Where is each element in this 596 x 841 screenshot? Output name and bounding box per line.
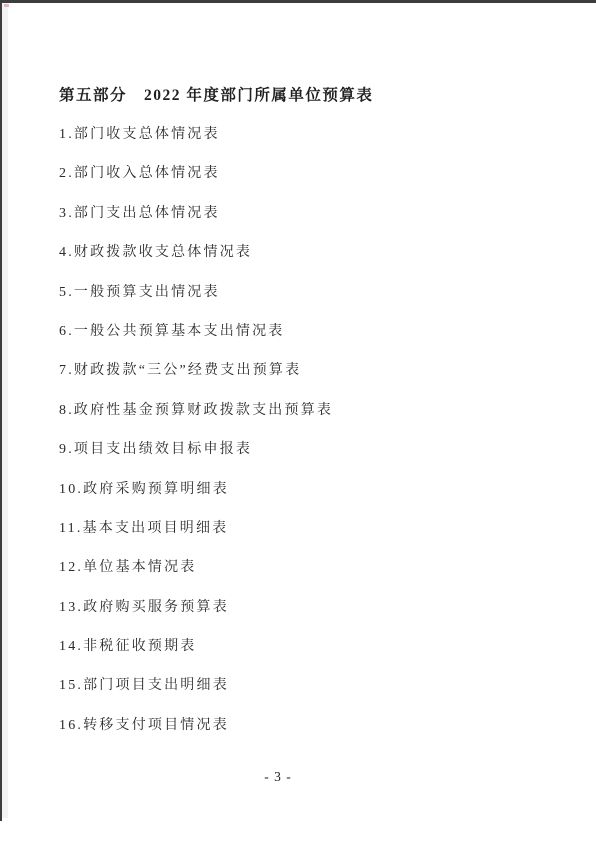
toc-item: 13.政府购买服务预算表 bbox=[59, 588, 556, 627]
toc-item: 10.政府采购预算明细表 bbox=[59, 470, 556, 509]
toc-item: 6.一般公共预算基本支出情况表 bbox=[59, 312, 556, 351]
toc-item: 4.财政拨款收支总体情况表 bbox=[59, 233, 556, 272]
document-page: 第五部分 2022 年度部门所属单位预算表 1.部门收支总体情况表 2.部门收入… bbox=[0, 0, 596, 841]
toc-item: 8.政府性基金预算财政拨款支出预算表 bbox=[59, 391, 556, 430]
toc-item: 14.非税征收预期表 bbox=[59, 627, 556, 666]
toc-item: 1.部门收支总体情况表 bbox=[59, 115, 556, 154]
toc-item: 9.项目支出绩效目标申报表 bbox=[59, 430, 556, 469]
toc-item: 5.一般预算支出情况表 bbox=[59, 273, 556, 312]
toc-item: 2.部门收入总体情况表 bbox=[59, 154, 556, 193]
toc-item: 15.部门项目支出明细表 bbox=[59, 666, 556, 705]
page-number: - 3 - bbox=[60, 769, 496, 785]
toc-item: 3.部门支出总体情况表 bbox=[59, 194, 556, 233]
toc-item: 16.转移支付项目情况表 bbox=[59, 706, 556, 745]
toc-item: 7.财政拨款“三公”经费支出预算表 bbox=[59, 351, 556, 390]
section-heading: 第五部分 2022 年度部门所属单位预算表 bbox=[59, 86, 556, 106]
page-content: 第五部分 2022 年度部门所属单位预算表 1.部门收支总体情况表 2.部门收入… bbox=[0, 0, 596, 785]
toc-item: 11.基本支出项目明细表 bbox=[59, 509, 556, 548]
toc-item: 12.单位基本情况表 bbox=[59, 548, 556, 587]
table-of-contents-list: 1.部门收支总体情况表 2.部门收入总体情况表 3.部门支出总体情况表 4.财政… bbox=[59, 115, 556, 745]
